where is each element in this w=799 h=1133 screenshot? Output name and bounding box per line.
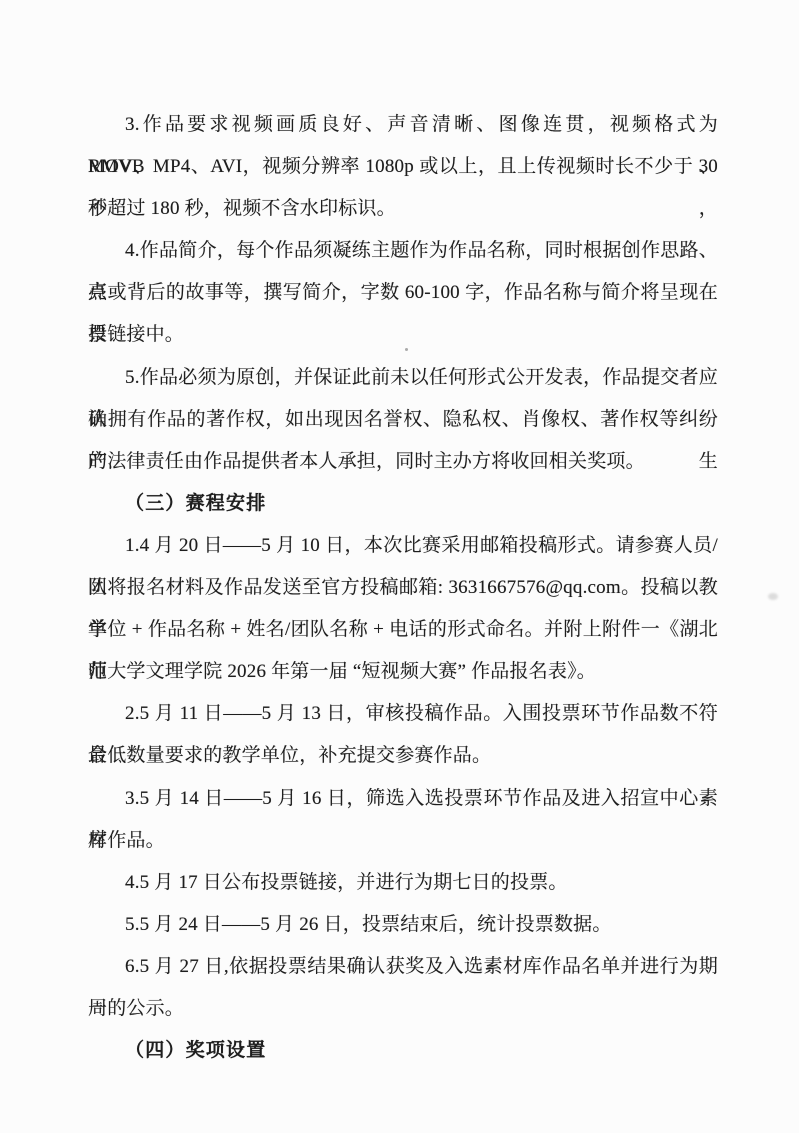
body-text-line: 2.5 月 11 日——5 月 13 日，审核投稿作品。入围投票环节作品数不符合 — [88, 693, 718, 735]
body-text-line: 4.5 月 17 日公布投票链接，并进行为期七日的投票。 — [88, 862, 718, 904]
scanned-document-page: 3.作品要求视频画质良好、声音清晰、图像连贯，视频格式为 RMVB、MOV、MP… — [0, 0, 799, 1133]
scan-speck — [405, 348, 408, 351]
body-text-line: 5.作品必须为原创，并保证此前未以任何形式公开发表，作品提交者应确 — [88, 357, 718, 399]
body-text-line: 周的公示。 — [88, 988, 718, 1030]
body-text-line: 单位 + 作品名称 + 姓名/团队名称 + 电话的形式命名。并附上附件一《湖北师 — [88, 609, 718, 651]
body-text-line: 点或背后的故事等，撰写简介，字数 60-100 字，作品名称与简介将呈现在投 — [88, 272, 718, 314]
body-text-line: 库作品。 — [88, 820, 718, 862]
section-heading: （三）赛程安排 — [88, 483, 718, 525]
body-text-line: 最低数量要求的教学单位，补充提交参赛作品。 — [88, 735, 718, 777]
body-text-line: 6.5 月 27 日,依据投票结果确认获奖及入选素材库作品名单并进行为期一 — [88, 946, 718, 988]
body-text-line: 3.作品要求视频画质良好、声音清晰、图像连贯，视频格式为 RMVB、 — [88, 104, 718, 146]
body-text-line: 队将报名材料及作品发送至官方投稿邮箱: 3631667576@qq.com。投稿… — [88, 567, 718, 609]
body-text-line: MOV、MP4、AVI，视频分辨率 1080p 或以上，且上传视频时长不少于 3… — [88, 146, 718, 188]
document-text-block: 3.作品要求视频画质良好、声音清晰、图像连贯，视频格式为 RMVB、MOV、MP… — [88, 104, 718, 1072]
body-text-line: 范大学文理学院 2026 年第一届 “短视频大赛” 作品报名表》。 — [88, 651, 718, 693]
body-text-line: 5.5 月 24 日——5 月 26 日，投票结束后，统计投票数据。 — [88, 904, 718, 946]
body-text-line: 1.4 月 20 日——5 月 10 日，本次比赛采用邮箱投稿形式。请参赛人员/… — [88, 525, 718, 567]
body-text-line: 票链接中。 — [88, 314, 718, 356]
body-text-line: 认拥有作品的著作权，如出现因名誉权、隐私权、肖像权、著作权等纠纷产生 — [88, 399, 718, 441]
body-text-line: 的法律责任由作品提供者本人承担，同时主办方将收回相关奖项。 — [88, 441, 718, 483]
section-heading: （四）奖项设置 — [88, 1030, 718, 1072]
scan-smudge — [768, 593, 778, 600]
body-text-line: 4.作品简介，每个作品须凝练主题作为作品名称，同时根据创作思路、亮 — [88, 230, 718, 272]
body-text-line: 3.5 月 14 日——5 月 16 日，筛选入选投票环节作品及进入招宣中心素材 — [88, 778, 718, 820]
